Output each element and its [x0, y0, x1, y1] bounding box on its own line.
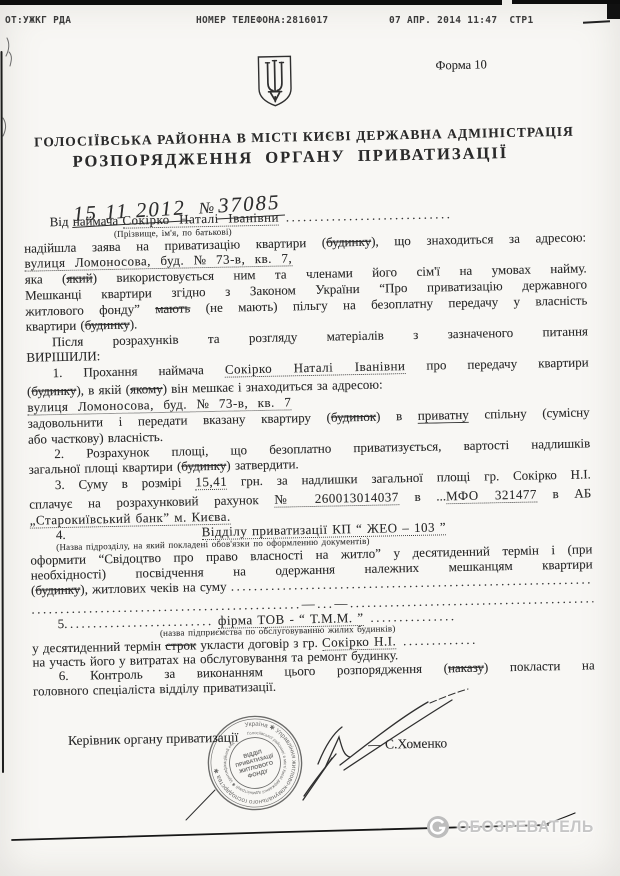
text-run: наказу — [448, 660, 484, 676]
text-run: ) в — [376, 408, 418, 424]
text-run: МФО 321477 — [446, 486, 537, 504]
watermark-text: ОБОЗРЕВАТЕЛЬ — [457, 818, 594, 837]
text-run: ). — [130, 316, 138, 331]
text-run: 1. Прохання наймача — [53, 362, 225, 380]
document-content: Форма 10 ГОЛОСІЇВСЬКА РАЙОННА В МІСТІ КИ… — [0, 0, 620, 876]
text-run: ), в якій ( — [76, 382, 130, 398]
text-run: Сокірко Наталі Іванівни — [225, 358, 406, 378]
scanned-document-page: ОТ:УЖКГ РДА НОМЕР ТЕЛЕФОНА:2816017 07 АП… — [0, 0, 620, 876]
text-run: будинок — [331, 409, 376, 425]
text-run: ВИРІШИЛИ: — [26, 348, 100, 364]
text-run — [66, 536, 202, 539]
text-run: 15,41 — [195, 474, 227, 491]
text-run: в ... — [399, 488, 447, 504]
text-run: загальної площі квартири ( — [28, 459, 181, 477]
text-run: Від наймача — [49, 213, 122, 229]
text-run: про передачу квартири — [405, 354, 588, 373]
text-run: ), житлових чеків на суму — [80, 579, 231, 597]
text-run: приватну — [418, 407, 469, 424]
text-run: будинку — [181, 458, 226, 474]
text-run: в АБ — [537, 485, 592, 501]
text-run: яка ( — [25, 271, 67, 287]
text-run: будинку — [326, 234, 371, 250]
text-run: якому — [130, 381, 163, 397]
text-run: спільну (сумісну — [469, 404, 590, 421]
text-run: 4. — [56, 527, 66, 542]
watermark: ОБОЗРЕВАТЕЛЬ — [426, 815, 597, 839]
text-run: ) затвердити. — [226, 456, 299, 472]
text-run: квартири ( — [26, 318, 85, 334]
watermark-logo-icon — [426, 815, 450, 839]
text-run: будинку — [35, 582, 80, 598]
text-run: який — [66, 270, 93, 286]
text-run: 3. Суму в розмірі — [55, 474, 196, 492]
text-run: мають — [155, 300, 190, 316]
text-run: будинку — [85, 317, 130, 333]
text-run: будинку — [31, 383, 76, 399]
signature-name: — С.Хоменко — [368, 735, 447, 753]
